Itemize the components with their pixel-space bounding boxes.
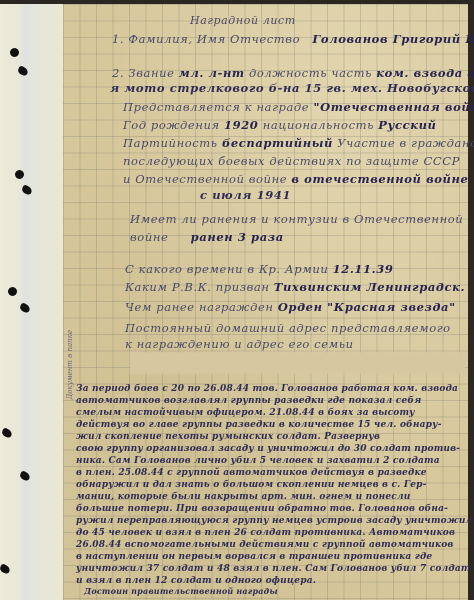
punch-hole — [15, 170, 24, 179]
field-rvk: Каким Р.В.К. призван Тихвинским Ленингра… — [125, 280, 465, 294]
field-value: 1920 — [224, 118, 258, 132]
narrative-line: в плен. 25.08.44 с группой автоматчиков … — [76, 468, 427, 478]
field-name: 1. Фамилия, Имя Отчество Голованов Григо… — [112, 32, 474, 46]
field-party: Партийность беспартийный Участие в гражд… — [123, 136, 474, 150]
margin-note: Документ в папке — [66, 330, 74, 399]
narrative-line: ружил переправляющуюся группу немцев уст… — [76, 516, 472, 526]
punch-hole — [19, 302, 31, 313]
punch-hole — [8, 287, 17, 296]
narrative-line: обнаружил и дал знать о большом скоплени… — [76, 480, 427, 490]
punch-hole — [10, 48, 19, 57]
field-unit: я мото стрелкового б-на 15 гв. мех. Ново… — [110, 81, 474, 95]
field-label: Каким Р.В.К. призван — [125, 280, 270, 294]
field-label: и Отечественной войне — [123, 172, 287, 186]
field-award: Представляется к награде "Отечественная … — [123, 100, 474, 114]
punch-hole — [1, 427, 13, 438]
field-wounds-label: Имеет ли ранения и контузии в Отечествен… — [130, 212, 463, 226]
field-value: Русский — [378, 118, 436, 132]
narrative-line: жил скопление пехоты румынских солдат. Р… — [76, 432, 380, 442]
punch-hole — [19, 470, 31, 481]
field-label: Партийность — [123, 136, 218, 150]
field-value: 12.11.39 — [333, 262, 394, 276]
narrative-line: большие потери. При возвращении обратно … — [76, 504, 448, 514]
field-label: С какого времени в Кр. Армии — [125, 262, 328, 276]
redacted-address — [130, 352, 465, 374]
field-value: ранен 3 раза — [191, 230, 284, 244]
punch-hole — [17, 65, 29, 76]
field-label: Участие в гражданской войне — [337, 136, 474, 150]
narrative-line: свою группу организовал засаду и уничтож… — [76, 444, 460, 454]
narrative-line: и взял в плен 12 солдат и одного офицера… — [76, 576, 316, 586]
field-value: беспартийный — [222, 136, 333, 150]
narrative-line: смелым настойчивым офицером. 21.08.44 в … — [76, 408, 415, 418]
field-label: должность часть — [249, 66, 372, 80]
binding-margin — [0, 4, 63, 600]
field-value: "Отечественная война" I ст. — [313, 100, 474, 114]
punch-hole — [21, 184, 33, 195]
punch-hole — [0, 563, 11, 574]
narrative-line: За период боев с 20 по 26.08.44 тов. Гол… — [76, 384, 458, 394]
narrative-line: автоматчиков возглавлял группы разведки … — [76, 396, 421, 406]
field-prior-awards: Чем ранее награжден Орден "Красная звезд… — [125, 300, 456, 314]
field-label: Представляется к награде — [123, 100, 309, 114]
field-wounds: войне ранен 3 раза — [130, 230, 284, 244]
field-label: 1. Фамилия, Имя Отчество — [112, 32, 300, 46]
field-address-label-2: к награждению и адрес его семьи — [125, 337, 354, 351]
narrative-line: до 45 человек и взял в плен 26 солдат пр… — [76, 528, 455, 538]
narrative-line: мании, которые были накрыты арт. мин. ог… — [76, 492, 411, 502]
field-label: Чем ранее награжден — [125, 300, 274, 314]
field-rank: 2. Звание мл. л-нт должность часть ком. … — [112, 66, 474, 80]
field-label: национальность — [263, 118, 374, 132]
narrative-line: ника. Сам Голованов лично убил 5 человек… — [76, 456, 440, 466]
field-value: Голованов Григорий Покупович — [312, 32, 474, 46]
narrative-line: действуя во главе группы разведки в коли… — [76, 420, 442, 430]
field-value: в отечественной войне — [291, 172, 468, 186]
field-label: Год рождения — [123, 118, 220, 132]
field-label: 2. Звание — [112, 66, 175, 80]
document-title: Наградной лист — [190, 14, 296, 27]
field-value: ком. взвода автомат- — [376, 66, 474, 80]
field-label: войне — [130, 230, 168, 244]
field-birth-year: Год рождения 1920 национальность Русский — [123, 118, 437, 132]
field-service-since: С какого времени в Кр. Армии 12.11.39 — [125, 262, 393, 276]
field-value: Тихвинским Ленинградск. — [274, 280, 465, 294]
field-address-label: Постоянный домашний адрес представляемог… — [125, 321, 451, 335]
field-value: мл. л-нт — [179, 66, 245, 80]
field-value: Орден "Красная звезда" — [278, 300, 456, 314]
field-war: и Отечественной войне в отечественной во… — [123, 172, 468, 186]
field-war-since: с июля 1941 — [200, 188, 291, 202]
field-combat: последующих боевых действиях по защите С… — [123, 154, 460, 168]
